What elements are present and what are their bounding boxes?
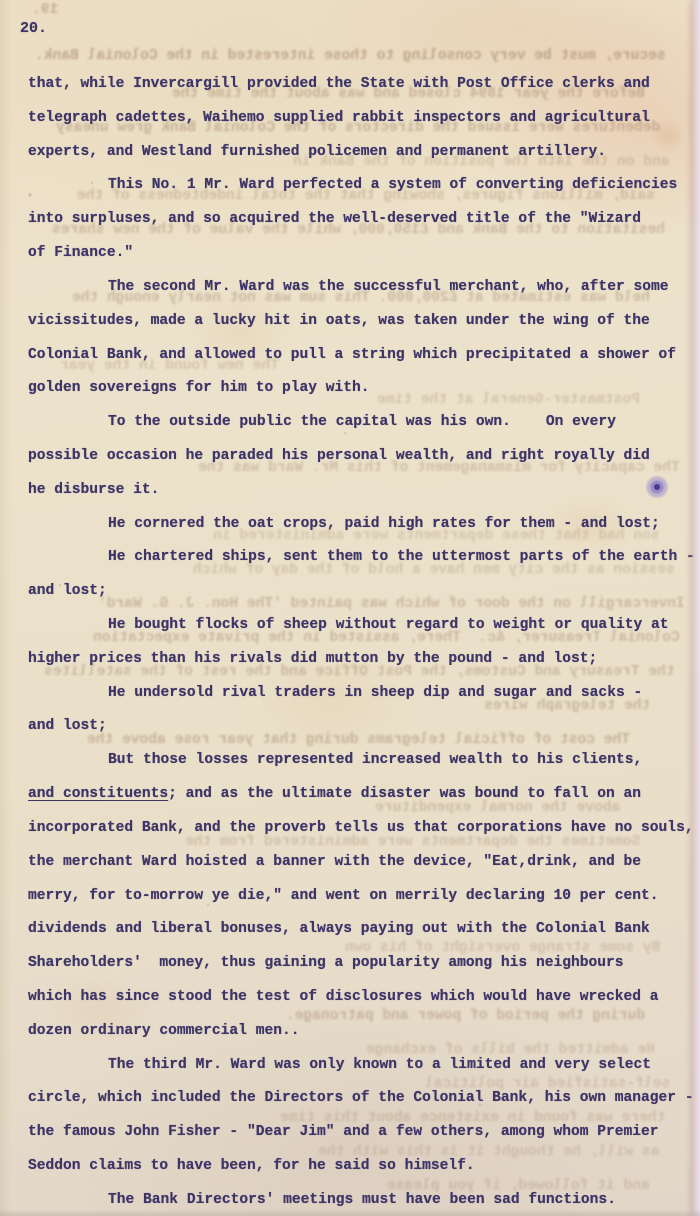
typed-line: He bought flocks of sheep without regard… xyxy=(28,609,692,643)
typed-line: But those losses represented increased w… xyxy=(28,744,692,778)
typed-line: To the outside public the capital was hi… xyxy=(28,406,692,440)
typed-line: and lost; xyxy=(28,575,692,609)
typed-line: Colonial Bank, and allowed to pull a str… xyxy=(28,339,692,373)
typed-line: higher prices than his rivals did mutton… xyxy=(28,643,692,677)
ink-blot xyxy=(645,475,669,499)
typed-line: experts, and Westland furnished policeme… xyxy=(28,136,692,170)
typed-line: merry, for to-morrow ye die," and went o… xyxy=(28,880,692,914)
page-number: 20. xyxy=(20,20,47,37)
typed-line: vicissitudes, made a lucky hit in oats, … xyxy=(28,305,692,339)
document-page: 19.secure, must be very consoling to tho… xyxy=(0,0,700,1216)
typed-line: telegraph cadettes, Waihemo supplied rab… xyxy=(28,102,692,136)
typed-line: Shareholders' money, thus gaining a popu… xyxy=(28,947,692,981)
page-edge-left xyxy=(0,0,12,1216)
typed-line: The third Mr. Ward was only known to a l… xyxy=(28,1049,692,1083)
typed-line: This No. 1 Mr. Ward perfected a system o… xyxy=(28,169,692,203)
typed-line: possible occasion he paraded his persona… xyxy=(28,440,692,474)
typed-line: the famous John Fisher - "Dear Jim" and … xyxy=(28,1116,692,1150)
bleedthrough-text: 19. xyxy=(0,2,700,18)
typed-line: incorporated Bank, and the proverb tells… xyxy=(28,812,692,846)
typed-line: of Finance." xyxy=(28,237,692,271)
typed-line: which has since stood the test of disclo… xyxy=(28,981,692,1015)
typed-line: golden sovereigns for him to play with. xyxy=(28,372,692,406)
typed-line: He undersold rival traders in sheep dip … xyxy=(28,677,692,711)
typed-line: and lost; xyxy=(28,710,692,744)
typed-line: He cornered the oat crops, paid high rat… xyxy=(28,508,692,542)
typed-line: he disburse it. xyxy=(28,474,692,508)
typescript-body: that, while Invercargill provided the St… xyxy=(28,68,692,1216)
typed-line: dozen ordinary commercial men.. xyxy=(28,1015,692,1049)
typed-line: He chartered ships, sent them to the utt… xyxy=(28,541,692,575)
typed-line: circle, which included the Directors of … xyxy=(28,1082,692,1116)
typed-line: that, while Invercargill provided the St… xyxy=(28,68,692,102)
typed-line: into surpluses, and so acquired the well… xyxy=(28,203,692,237)
typed-line: the merchant Ward hoisted a banner with … xyxy=(28,846,692,880)
typed-line: Seddon claims to have been, for he said … xyxy=(28,1150,692,1184)
typed-line: and constituents; and as the ultimate di… xyxy=(28,778,692,812)
page-edge-bottom xyxy=(0,1209,700,1216)
typed-line: The second Mr. Ward was the successful m… xyxy=(28,271,692,305)
underlined-text: and constituents xyxy=(28,786,168,802)
typed-line: dividends and liberal bonuses, always pa… xyxy=(28,913,692,947)
bleedthrough-text: secure, must be very consoling to those … xyxy=(0,48,700,64)
page-edge-right xyxy=(693,0,700,1216)
